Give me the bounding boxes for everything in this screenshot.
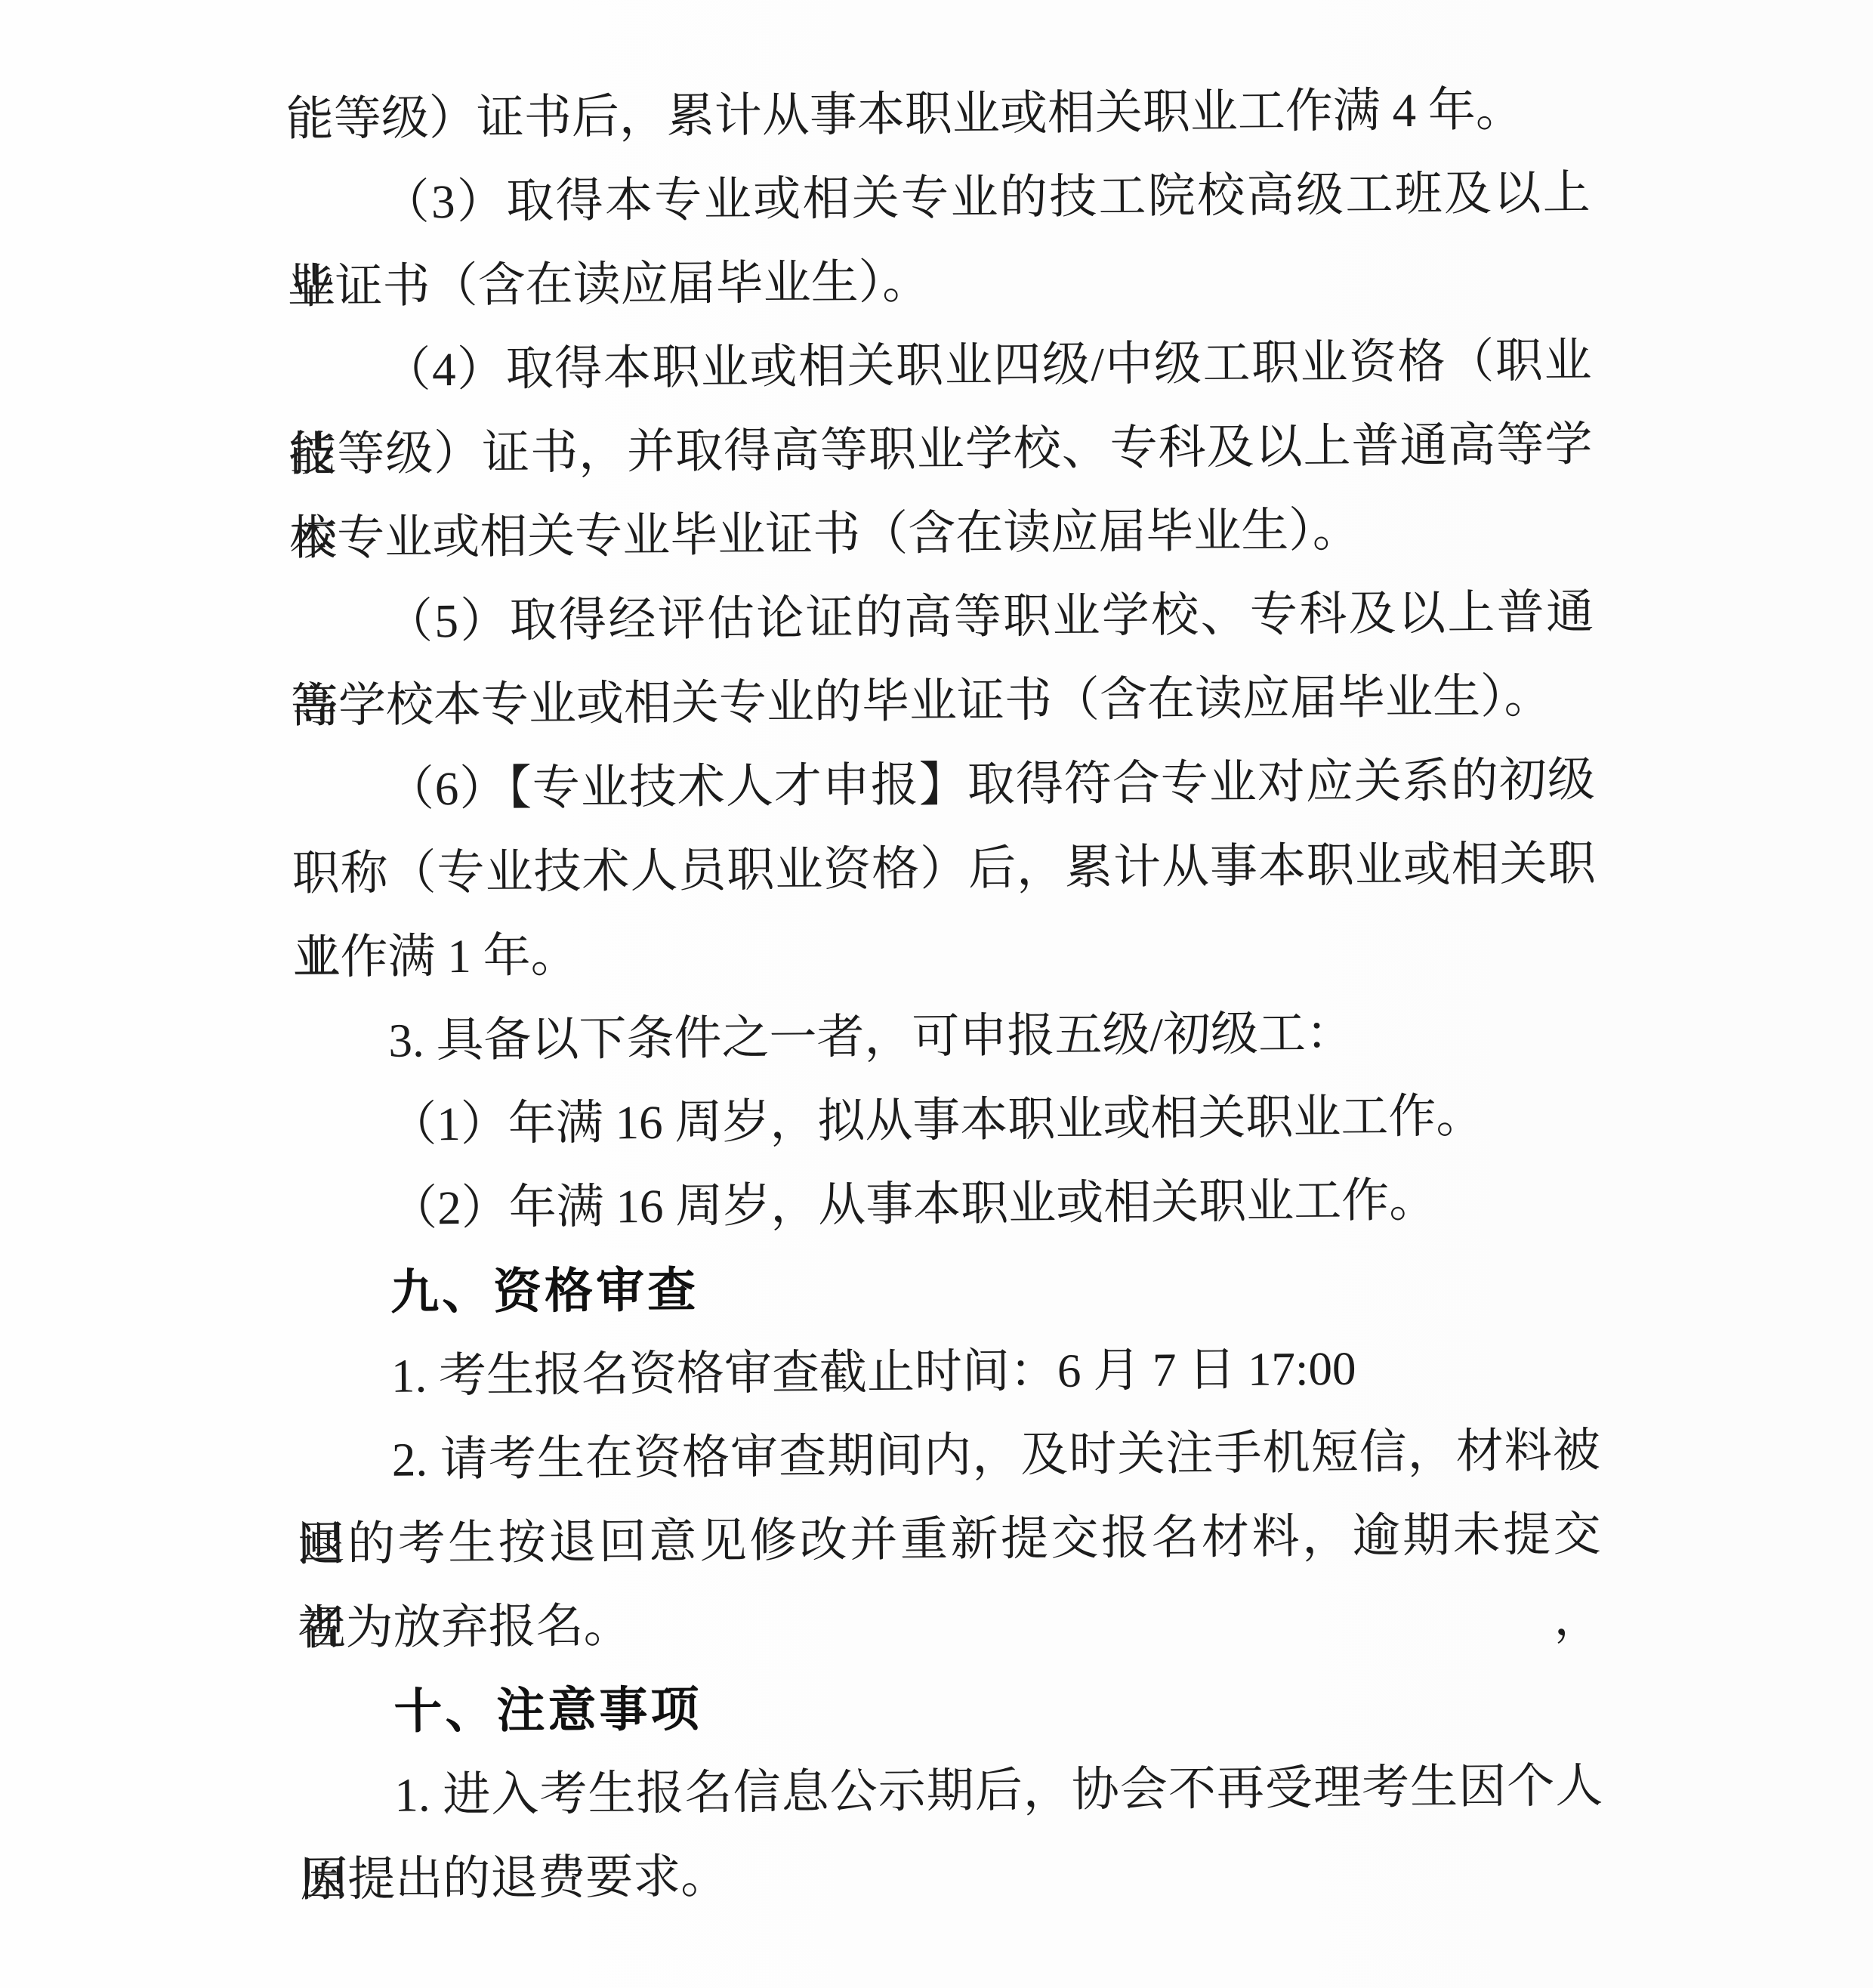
text-line: 能等级）证书后，累计从事本职业或相关职业工作满 4 年。 xyxy=(285,67,1590,162)
document-page: 能等级）证书后，累计从事本职业或相关职业工作满 4 年。（3）取得本专业或相关专… xyxy=(0,0,1873,1988)
text-line: （1）年满 16 周岁，拟从事本职业或相关职业工作。 xyxy=(294,1073,1598,1168)
text-line: 2. 请考生在资格审查期间内，及时关注手机短信，材料被退 xyxy=(296,1409,1600,1503)
text-line: （4）取得本职业或相关职业四级/中级工职业资格（职业技 xyxy=(288,319,1592,413)
document-text-block: 能等级）证书后，累计从事本职业或相关职业工作满 4 年。（3）取得本专业或相关专… xyxy=(285,67,1603,1922)
text-line: （6）【专业技术人才申报】取得符合专业对应关系的初级 xyxy=(291,738,1595,832)
text-line: 因提出的退费要求。 xyxy=(300,1828,1604,1922)
text-line: 职称（专业技术人员职业资格）后，累计从事本职业或相关职业 xyxy=(292,822,1596,916)
text-line: 1. 考生报名资格审查截止时间：6 月 7 日 17:00 xyxy=(296,1325,1600,1419)
text-line: 业证书（含在读应届毕业生）。 xyxy=(287,235,1591,329)
section-heading: 九、资格审查 xyxy=(295,1241,1600,1335)
text-line: （2）年满 16 周岁，从事本职业或相关职业工作。 xyxy=(295,1157,1599,1252)
text-line: 本专业或相关专业毕业证书（含在读应届毕业生）。 xyxy=(289,486,1594,581)
text-line: 工作满 1 年。 xyxy=(292,906,1597,1000)
text-line: 等学校本专业或相关专业的毕业证书（含在读应届毕业生）。 xyxy=(291,654,1595,749)
text-line: 回的考生按退回意见修改并重新提交报名材料，逾期未提交者， xyxy=(297,1493,1601,1587)
text-line: 3. 具备以下条件之一者，可申报五级/初级工： xyxy=(293,989,1597,1084)
section-heading: 十、注意事项 xyxy=(298,1660,1603,1755)
text-line: 1. 进入考生报名信息公示期后，协会不再受理考生因个人原 xyxy=(299,1744,1603,1838)
text-line: （3）取得本专业或相关专业的技工院校高级工班及以上毕 xyxy=(286,151,1591,245)
text-line: 能等级）证书，并取得高等职业学校、专科及以上普通高等学校 xyxy=(289,403,1593,497)
text-line: （5）取得经评估论证的高等职业学校、专科及以上普通高 xyxy=(290,570,1594,665)
